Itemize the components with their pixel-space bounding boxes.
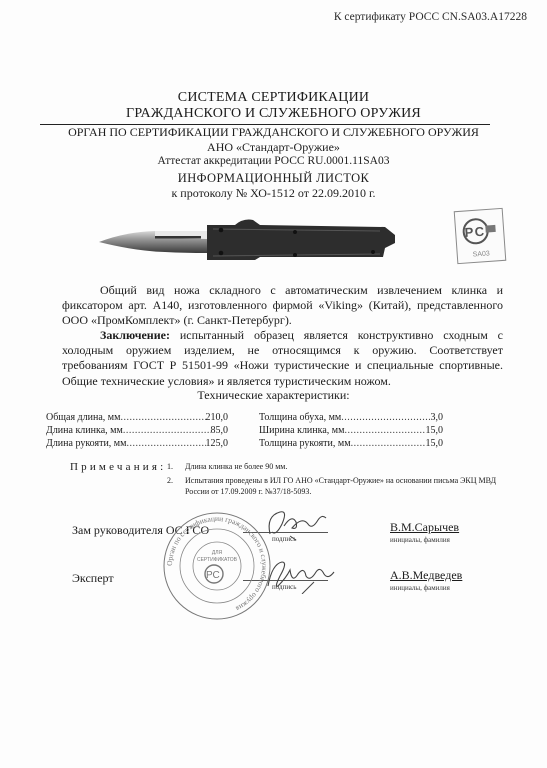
signer-name-caption: инициалы, фамилия	[390, 536, 450, 544]
certification-organ: ОРГАН ПО СЕРТИФИКАЦИИ ГРАЖДАНСКОГО И СЛУ…	[0, 125, 547, 140]
spec-row: Ширина клинка, мм15,0	[259, 424, 443, 437]
conclusion-label: Заключение:	[100, 328, 170, 342]
system-title-line2: ГРАЖДАНСКОГО И СЛУЖЕБНОГО ОРУЖИЯ	[0, 106, 547, 122]
rst-certification-mark-icon: Р С SA03	[452, 206, 508, 266]
svg-text:С: С	[474, 224, 485, 240]
note-item: 2.Испытания проведены в ИЛ ГО АНО «Станд…	[167, 475, 517, 497]
spec-row: Длина клинка, мм85,0	[46, 424, 228, 437]
svg-text:Р: Р	[464, 224, 474, 240]
organization-stamp-icon: Орган по сертификации гражданского и слу…	[158, 510, 276, 622]
document-title: ИНФОРМАЦИОННЫЙ ЛИСТОК	[0, 171, 547, 186]
svg-text:SA03: SA03	[473, 250, 491, 258]
signer-name: А.В.Медведев	[390, 568, 462, 583]
system-title-line1: СИСТЕМА СЕРТИФИКАЦИИ	[0, 90, 547, 106]
svg-text:РС: РС	[206, 570, 220, 581]
notes-label: Примечания:	[70, 461, 166, 473]
signer-role-expert: Эксперт	[72, 571, 114, 586]
svg-text:СЕРТИФИКАТОВ: СЕРТИФИКАТОВ	[197, 557, 238, 563]
notes-list: 1.Длина клинка не более 90 мм. 2.Испытан…	[167, 461, 517, 497]
signer-name: В.М.Сарычев	[390, 520, 459, 535]
certificate-reference: К сертификату РОСС CN.SA03.A17228	[334, 11, 527, 23]
spec-row: Толщина обуха, мм3,0	[259, 411, 443, 424]
knife-photo	[95, 205, 440, 270]
signer-name-caption: инициалы, фамилия	[390, 584, 450, 592]
accreditation: Аттестат аккредитации РОСС RU.0001.11SA0…	[0, 155, 547, 167]
specs-title: Технические характеристики:	[0, 388, 547, 403]
protocol-reference: к протоколу № ХО-1512 от 22.09.2010 г.	[0, 186, 547, 201]
organization-name: АНО «Стандарт-Оружие»	[0, 140, 547, 155]
specs-left-column: Общая длина, мм210,0 Длина клинка, мм85,…	[46, 411, 228, 450]
spec-row: Толщина рукояти, мм15,0	[259, 437, 443, 450]
conclusion: Заключение: испытанный образец является …	[62, 328, 503, 389]
specs-right-column: Толщина обуха, мм3,0 Ширина клинка, мм15…	[259, 411, 443, 450]
note-item: 1.Длина клинка не более 90 мм.	[167, 461, 517, 472]
spec-row: Общая длина, мм210,0	[46, 411, 228, 424]
spec-row: Длина рукояти, мм125,0	[46, 437, 228, 450]
svg-text:ДЛЯ: ДЛЯ	[212, 550, 223, 556]
product-description: Общий вид ножа складного с автоматически…	[62, 283, 503, 329]
